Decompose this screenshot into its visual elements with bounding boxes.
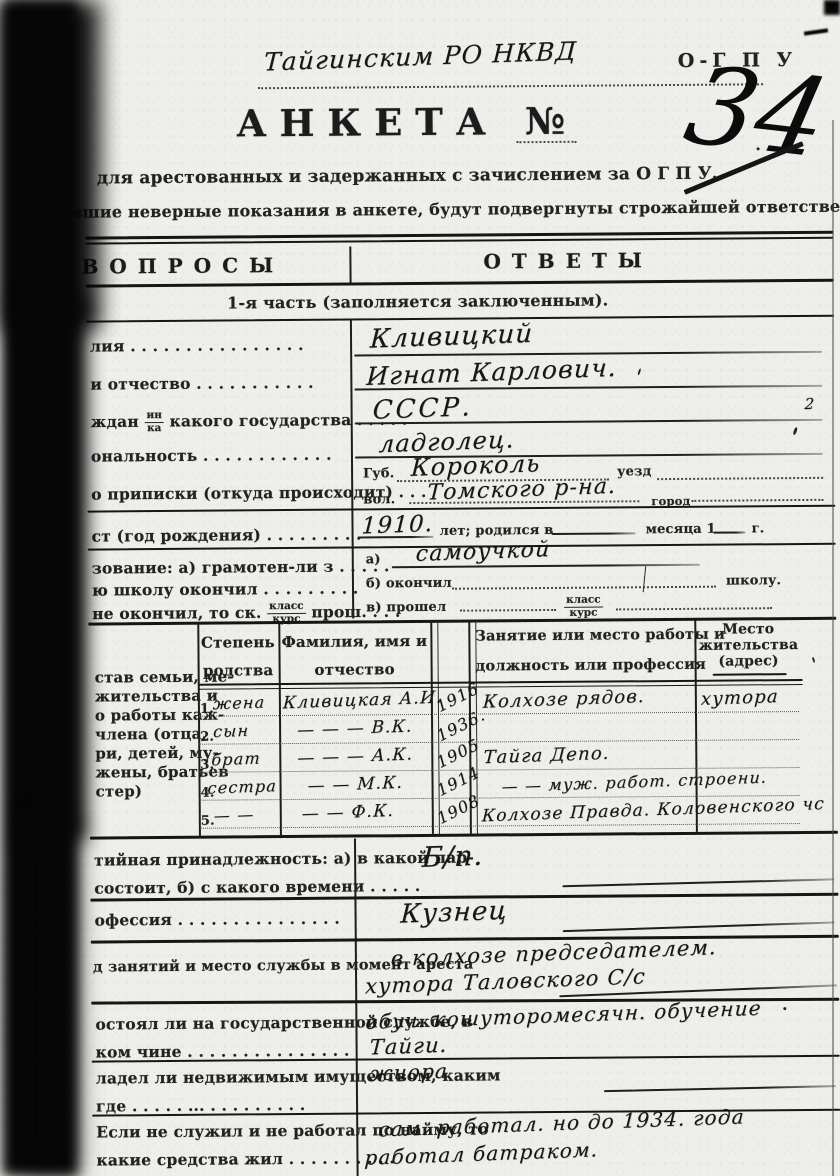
title-number-line — [516, 141, 576, 143]
hand-line — [563, 921, 835, 932]
row-name-label: и отчество . . . . . . . . . . . — [90, 373, 313, 394]
family-address: хутора — [700, 686, 779, 710]
state-service-answer-2: Тайги. — [369, 1033, 448, 1060]
answer-line — [452, 586, 716, 590]
th-relation-1: Степень — [197, 633, 278, 652]
education-c-fraction: класскурс — [564, 595, 603, 619]
means-label-2: какие средства жил . . . . . . . . . . — [96, 1148, 395, 1169]
handwritten-header-note: Тайгинским РО НКВД — [263, 36, 578, 76]
vol-label: вол. — [363, 492, 395, 507]
family-relation: — — — [213, 805, 255, 826]
hand-line — [562, 878, 834, 887]
answer-line — [409, 500, 639, 504]
row-nationality-label: ональность . . . . . . . . . . . . — [91, 445, 332, 466]
education-c-label: в) прошел — [366, 600, 446, 616]
family-occupation: Тайга Депо. — [483, 743, 611, 769]
family-name: — — — В.К. — [297, 716, 414, 740]
warning-text: вшие неверные показания в анкете, будут … — [71, 196, 840, 222]
family-question-line: став семьи, ме- — [95, 667, 234, 686]
family-name: — — — А.К. — [297, 744, 414, 768]
education-label-1: зование: а) грамотен-ли з . . . . . — [92, 556, 390, 577]
age-born-label: лет; родился в — [439, 523, 553, 539]
speck — [637, 368, 641, 375]
family-occupation: Колхозе рядов. — [482, 686, 645, 713]
family-relation: брат — [211, 749, 261, 770]
part1-heading: 1-я часть (заполняется заключенным). — [168, 290, 668, 313]
family-name: — — М.К. — [307, 773, 404, 796]
education-a-label: а) — [366, 552, 381, 567]
th-address-3: (адрес) — [695, 653, 803, 670]
answers-column-header: ОТВЕТЫ — [483, 248, 653, 273]
means-answer-1: сам. работал. но до 1934. года — [378, 1104, 746, 1141]
answer-line — [552, 532, 636, 534]
family-occupation: — — муж. работ. строени. — [501, 768, 768, 797]
hand-line — [604, 1085, 836, 1092]
gub-label: Губ. — [363, 466, 394, 481]
education-label-2: ю школу окончил . . . . . . . . . — [92, 578, 359, 599]
answer-line — [358, 536, 434, 539]
family-name: — — Ф.К. — [301, 801, 394, 824]
scanned-anketa-page: Тайгинским РО НКВД О-Г П У 34 АНКЕТА № д… — [0, 0, 840, 1176]
family-relation: сестра — [207, 776, 277, 798]
stray-stroke — [643, 566, 647, 592]
family-question-line: стер) — [96, 782, 143, 800]
questions-column-header: ВОПРОСЫ — [81, 253, 284, 279]
answer-line — [657, 477, 823, 480]
answer-line — [714, 531, 746, 533]
row-surname-label: лия . . . . . . . . . . . . . . . . — [90, 335, 304, 356]
form-sheet: Тайгинским РО НКВД О-Г П У 34 АНКЕТА № д… — [0, 0, 840, 1176]
party-label-1: тийная принадлежность: а) в какой пар- — [94, 848, 474, 870]
education-a-answer: самоучкой — [415, 537, 551, 567]
answer-line — [616, 607, 772, 610]
education-b-suffix: школу. — [726, 573, 781, 588]
table-vline — [278, 623, 282, 835]
profession-answer: Кузнец — [400, 896, 509, 930]
education-b-label: б) окончил — [366, 576, 452, 592]
th-occupation-1: Занятие или место работы и — [475, 626, 694, 645]
answer-line — [691, 499, 823, 502]
column-divider — [349, 247, 351, 283]
row-baseline — [199, 739, 799, 745]
age-month-label: месяца 1 — [645, 522, 715, 538]
party-answer: Б/п. — [421, 839, 484, 874]
row-name-answer: Игнат Карлович. — [366, 353, 618, 391]
uezd-label: уезд — [617, 464, 651, 479]
means-answer-2: работал батраком. — [364, 1137, 599, 1169]
speck — [757, 147, 760, 150]
handwritten-case-number: 34 — [677, 52, 837, 174]
scan-right-edge-line — [832, 120, 834, 1176]
answer-line — [460, 609, 556, 612]
row-age-label: ст (год рождения) . . . . . . . . . — [92, 524, 362, 545]
row-citizenship-label: ждан инка какого государства . . . . . — [91, 408, 408, 435]
row-surname-answer: Кливицкий — [369, 319, 534, 355]
separator — [87, 505, 835, 513]
speck — [783, 1007, 786, 1010]
family-name: Кливицкая А.И. — [282, 688, 443, 714]
th-address-2: жительства — [694, 637, 802, 654]
family-question-line: члена (отца, — [95, 725, 207, 744]
th-name-2: отчество — [279, 660, 431, 679]
party-label-2: состоит, б) с какого времени . . . . . — [94, 876, 420, 898]
separator — [86, 279, 834, 287]
speck — [812, 657, 816, 663]
family-relation: сын — [213, 721, 250, 741]
address-underline — [713, 673, 787, 675]
profession-label: офессия . . . . . . . . . . . . . . . — [95, 909, 340, 930]
header-rule — [258, 83, 763, 89]
th-name-1: Фамилия, имя и — [278, 632, 430, 651]
table-bottom-rule — [90, 831, 838, 840]
in-ka-fraction: инка — [144, 410, 164, 434]
speck — [793, 427, 799, 436]
occupation-at-arrest-answer-1: в колхозе председателем. — [390, 935, 717, 971]
page-title: АНКЕТА № — [236, 99, 578, 146]
family-occupation: Колхозе Правда. Коловенского чс — [481, 794, 825, 826]
family-relation: жена — [212, 692, 265, 713]
th-address-1: Место — [694, 621, 802, 638]
separator — [91, 935, 839, 943]
th-occupation-2: должность или профессия — [476, 656, 695, 675]
age-year-suffix: г. — [751, 521, 764, 536]
property-answer: жиора — [369, 1059, 449, 1086]
stray-mark: 2 — [804, 395, 816, 413]
subtitle: для арестованных и задержанных с зачисле… — [97, 164, 647, 188]
